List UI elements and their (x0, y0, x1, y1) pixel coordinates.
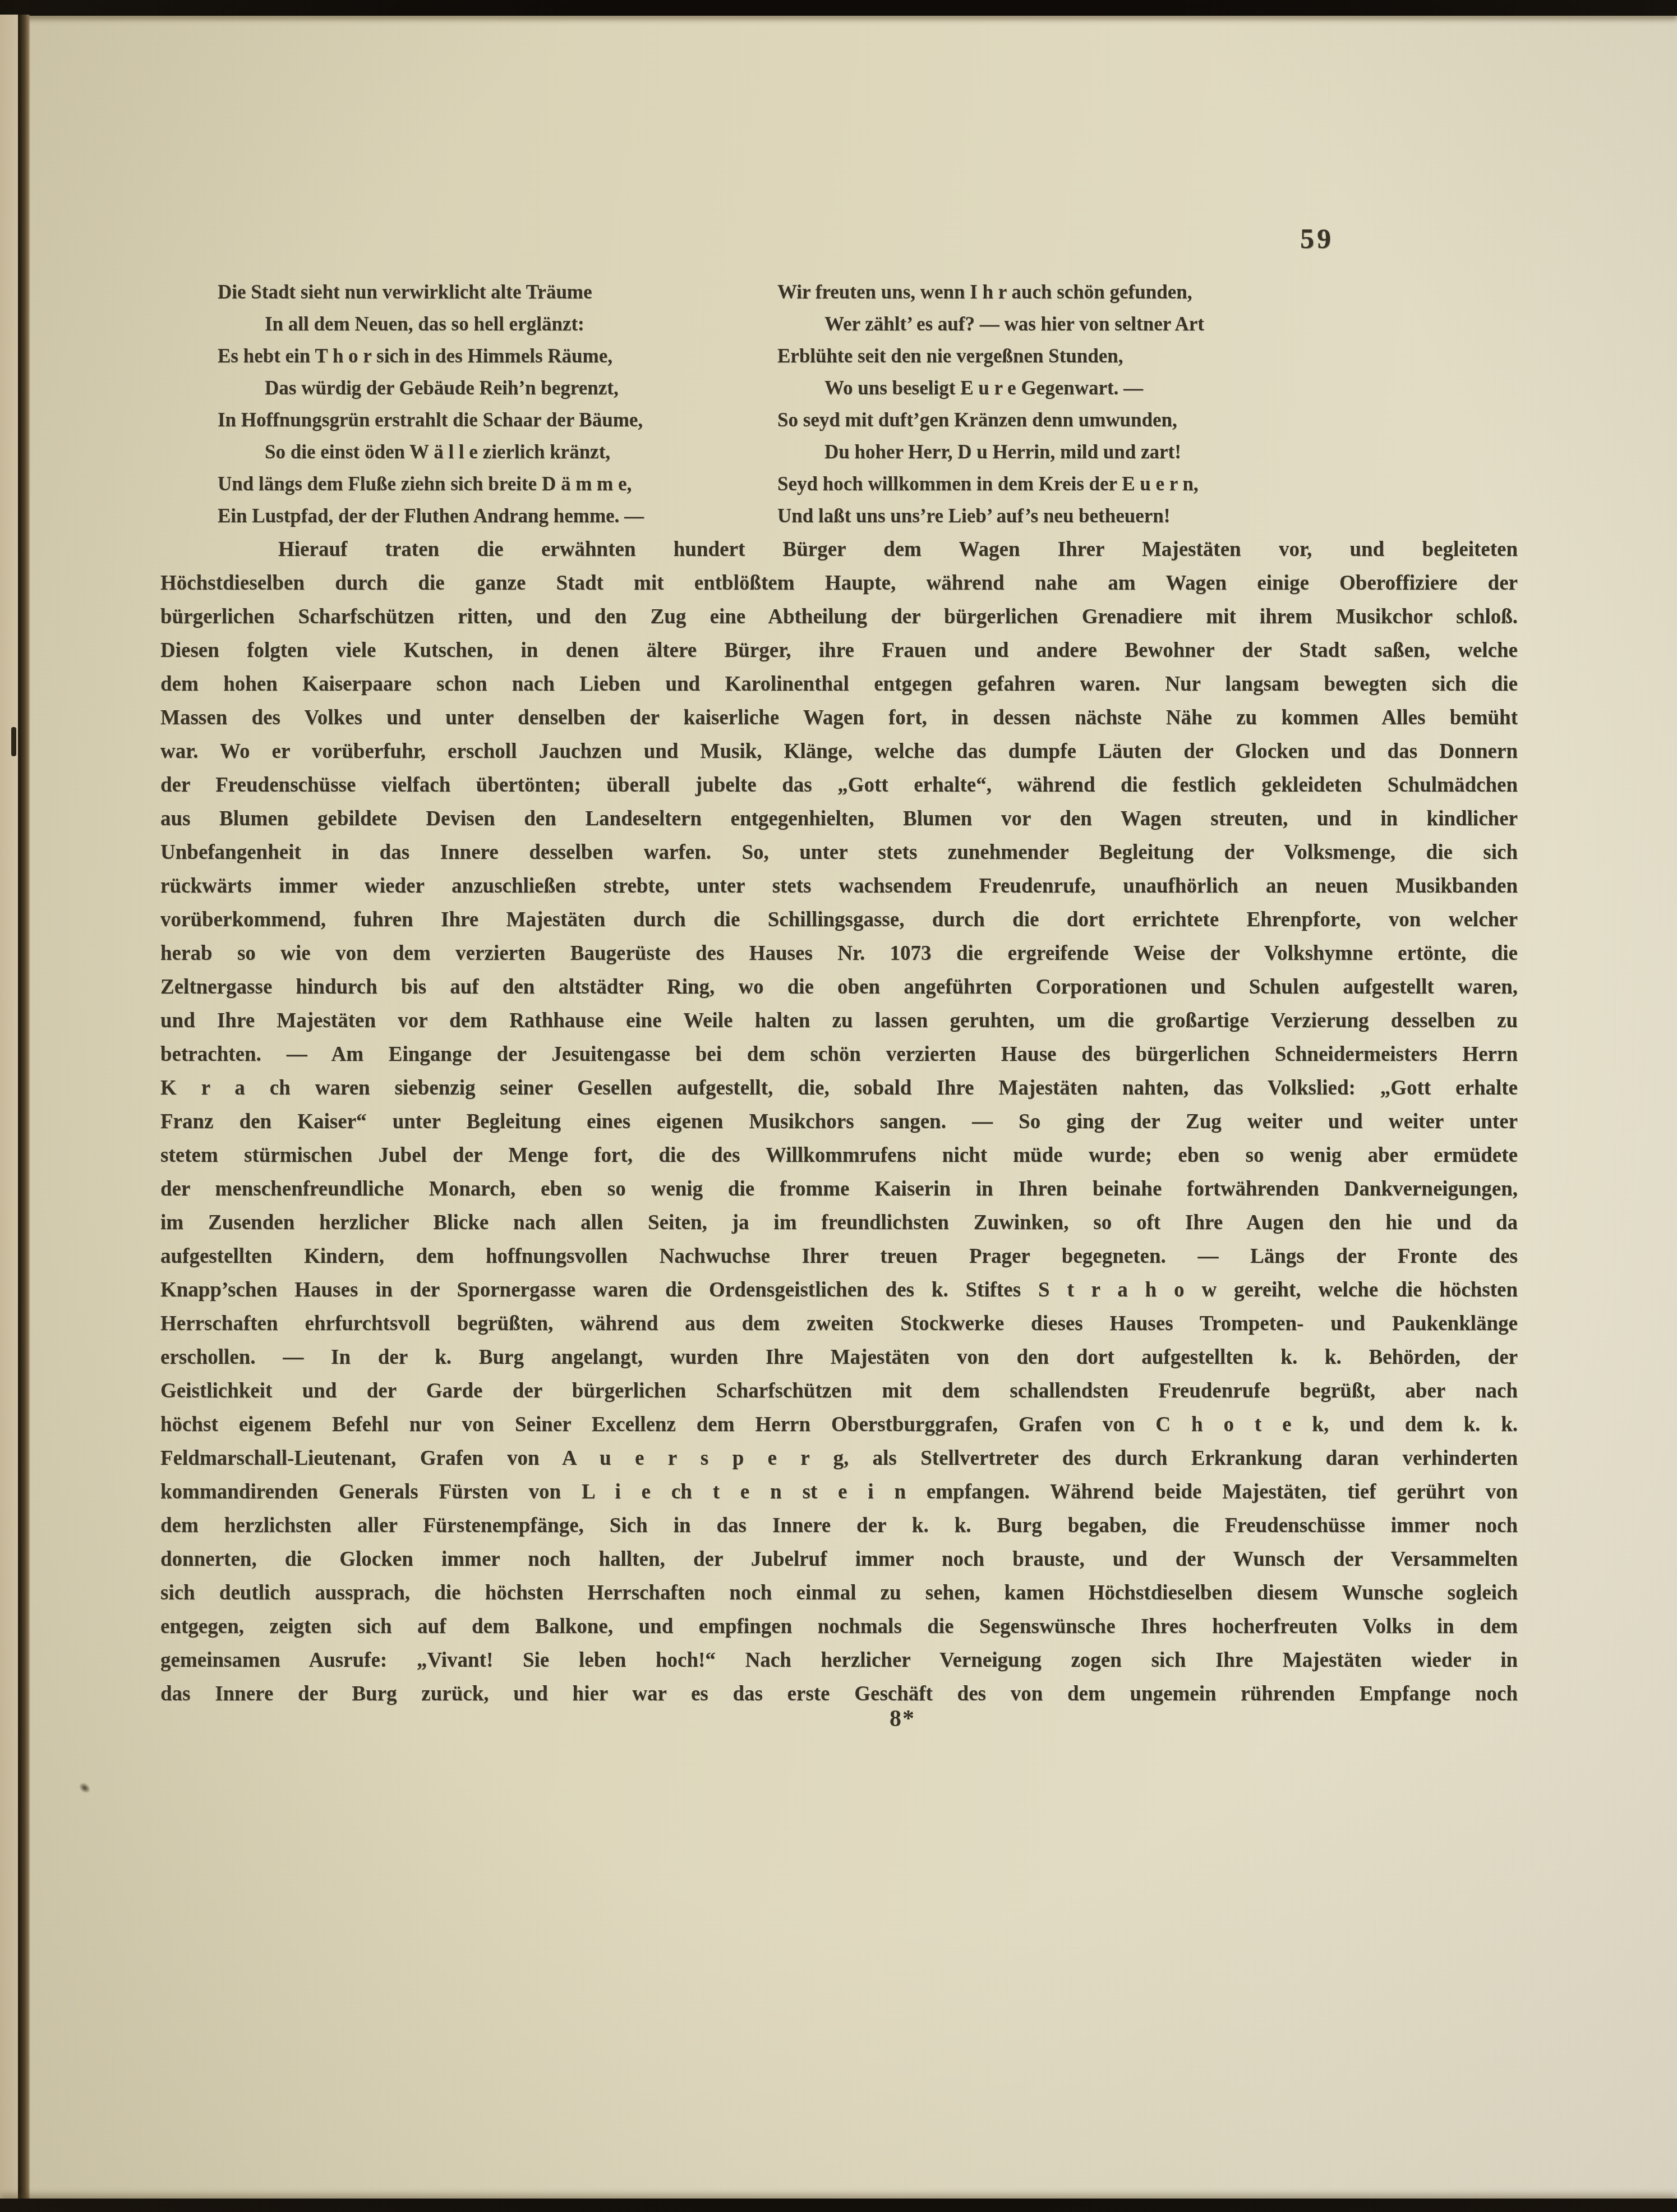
prose-line: bürgerlichen Scharfschützen ritten, und … (160, 600, 1518, 634)
prose-line: im Zusenden herzlicher Blicke nach allen… (160, 1206, 1518, 1240)
prose-line: aus Blumen gebildete Devisen den Landese… (160, 802, 1518, 836)
prose-line: und Ihre Majestäten vor dem Rathhause ei… (160, 1004, 1518, 1038)
prose-line: kommandirenden Generals Fürsten von L i … (160, 1475, 1518, 1509)
verse-line: Ein Lustpfad, der der Fluthen Andrang he… (218, 500, 644, 532)
prose-line: dem herzlichsten aller Fürstenempfänge, … (160, 1509, 1518, 1543)
ink-speck (74, 1778, 95, 1798)
verse-line: Wer zählt’ es auf? — was hier von seltne… (777, 308, 1204, 340)
prose-line: aufgestellten Kindern, dem hoffnungsvoll… (160, 1240, 1518, 1273)
prose-line: dem hohen Kaiserpaare schon nach Lieben … (160, 668, 1518, 701)
scan-bottom-edge-bar (0, 2199, 1677, 2212)
prose-line: Zeltnergasse hindurch bis auf den altstä… (160, 971, 1518, 1004)
prose-line: Massen des Volkes und unter denselben de… (160, 701, 1518, 735)
poem-right-column: Wir freuten uns, wenn I h r auch schön g… (777, 276, 1204, 532)
verse-line: Es hebt ein T h o r sich in des Himmels … (218, 340, 644, 372)
prose-line: der menschenfreundliche Monarch, eben so… (160, 1172, 1518, 1206)
prose-line: Knapp’schen Hauses in der Spornergasse w… (160, 1273, 1518, 1307)
page-left-edge (0, 15, 18, 2202)
prose-line: Herrschaften ehrfurchtsvoll begrüßten, w… (160, 1307, 1518, 1341)
book-gutter-shadow (18, 15, 30, 2202)
prose-paragraph: Hierauf traten die erwähnten hundert Bür… (160, 533, 1518, 1711)
prose-line: herab so wie von dem verzierten Baugerüs… (160, 937, 1518, 971)
prose-line: das Innere der Burg zurück, und hier war… (160, 1677, 1518, 1711)
verse-line: Du hoher Herr, D u Herrin, mild und zart… (777, 436, 1204, 468)
page-number: 59 (1300, 222, 1334, 255)
verse-line: Das würdig der Gebäude Reih’n begrenzt, (218, 372, 644, 404)
verse-line: Und laßt uns uns’re Lieb’ auf’s neu beth… (777, 500, 1204, 532)
verse-line: In Hoffnungsgrün erstrahlt die Schaar de… (218, 404, 644, 436)
prose-line: sich deutlich aussprach, die höchsten He… (160, 1576, 1518, 1610)
verse-line: So die einst öden W ä l l e zierlich krä… (218, 436, 644, 468)
prose-line: betrachten. — Am Eingange der Jesuitenga… (160, 1038, 1518, 1071)
verse-line: Die Stadt sieht nun verwirklicht alte Tr… (218, 276, 644, 308)
prose-line: Franz den Kaiser“ unter Begleitung eines… (160, 1105, 1518, 1139)
verse-line: So seyd mit duft’gen Kränzen denn umwund… (777, 404, 1204, 436)
prose-line: höchst eigenem Befehl nur von Seiner Exc… (160, 1408, 1518, 1442)
verse-line: Erblühte seit den nie vergeßnen Stunden, (777, 340, 1204, 372)
signature-mark: 8* (890, 1705, 915, 1732)
poem-left-column: Die Stadt sieht nun verwirklicht alte Tr… (218, 276, 644, 532)
verse-line: In all dem Neuen, das so hell erglänzt: (218, 308, 644, 340)
scanned-book-page: 59 Die Stadt sieht nun verwirklicht alte… (0, 0, 1677, 2212)
prose-line: Diesen folgten viele Kutschen, in denen … (160, 634, 1518, 668)
prose-line: K r a ch waren siebenzig seiner Gesellen… (160, 1071, 1518, 1105)
prose-line: gemeinsamen Ausrufe: „Vivant! Sie leben … (160, 1644, 1518, 1677)
prose-line: rückwärts immer wieder anzuschließen str… (160, 870, 1518, 903)
prose-line: war. Wo er vorüberfuhr, erscholl Jauchze… (160, 735, 1518, 769)
verse-line: Wo uns beseligt E u r e Gegenwart. — (777, 372, 1204, 404)
prose-line: Geistlichkeit und der Garde der bürgerli… (160, 1374, 1518, 1408)
prose-line: stetem stürmischen Jubel der Menge fort,… (160, 1139, 1518, 1172)
prose-line: erschollen. — In der k. Burg angelangt, … (160, 1341, 1518, 1374)
prose-line: Feldmarschall-Lieutenant, Grafen von A u… (160, 1442, 1518, 1475)
ink-speck (11, 727, 16, 756)
prose-line: Unbefangenheit in das Innere desselben w… (160, 836, 1518, 870)
prose-line: donnerten, die Glocken immer noch hallte… (160, 1543, 1518, 1576)
prose-line: der Freudenschüsse vielfach übertönten; … (160, 769, 1518, 802)
prose-line: vorüberkommend, fuhren Ihre Majestäten d… (160, 903, 1518, 937)
verse-line: Seyd hoch willkommen in dem Kreis der E … (777, 468, 1204, 500)
prose-line: entgegen, zeigten sich auf dem Balkone, … (160, 1610, 1518, 1644)
scan-top-edge-bar (0, 0, 1677, 16)
verse-line: Und längs dem Fluße ziehn sich breite D … (218, 468, 644, 500)
prose-line: Höchstdieselben durch die ganze Stadt mi… (160, 567, 1518, 600)
verse-line: Wir freuten uns, wenn I h r auch schön g… (777, 276, 1204, 308)
prose-line: Hierauf traten die erwähnten hundert Bür… (160, 533, 1518, 567)
